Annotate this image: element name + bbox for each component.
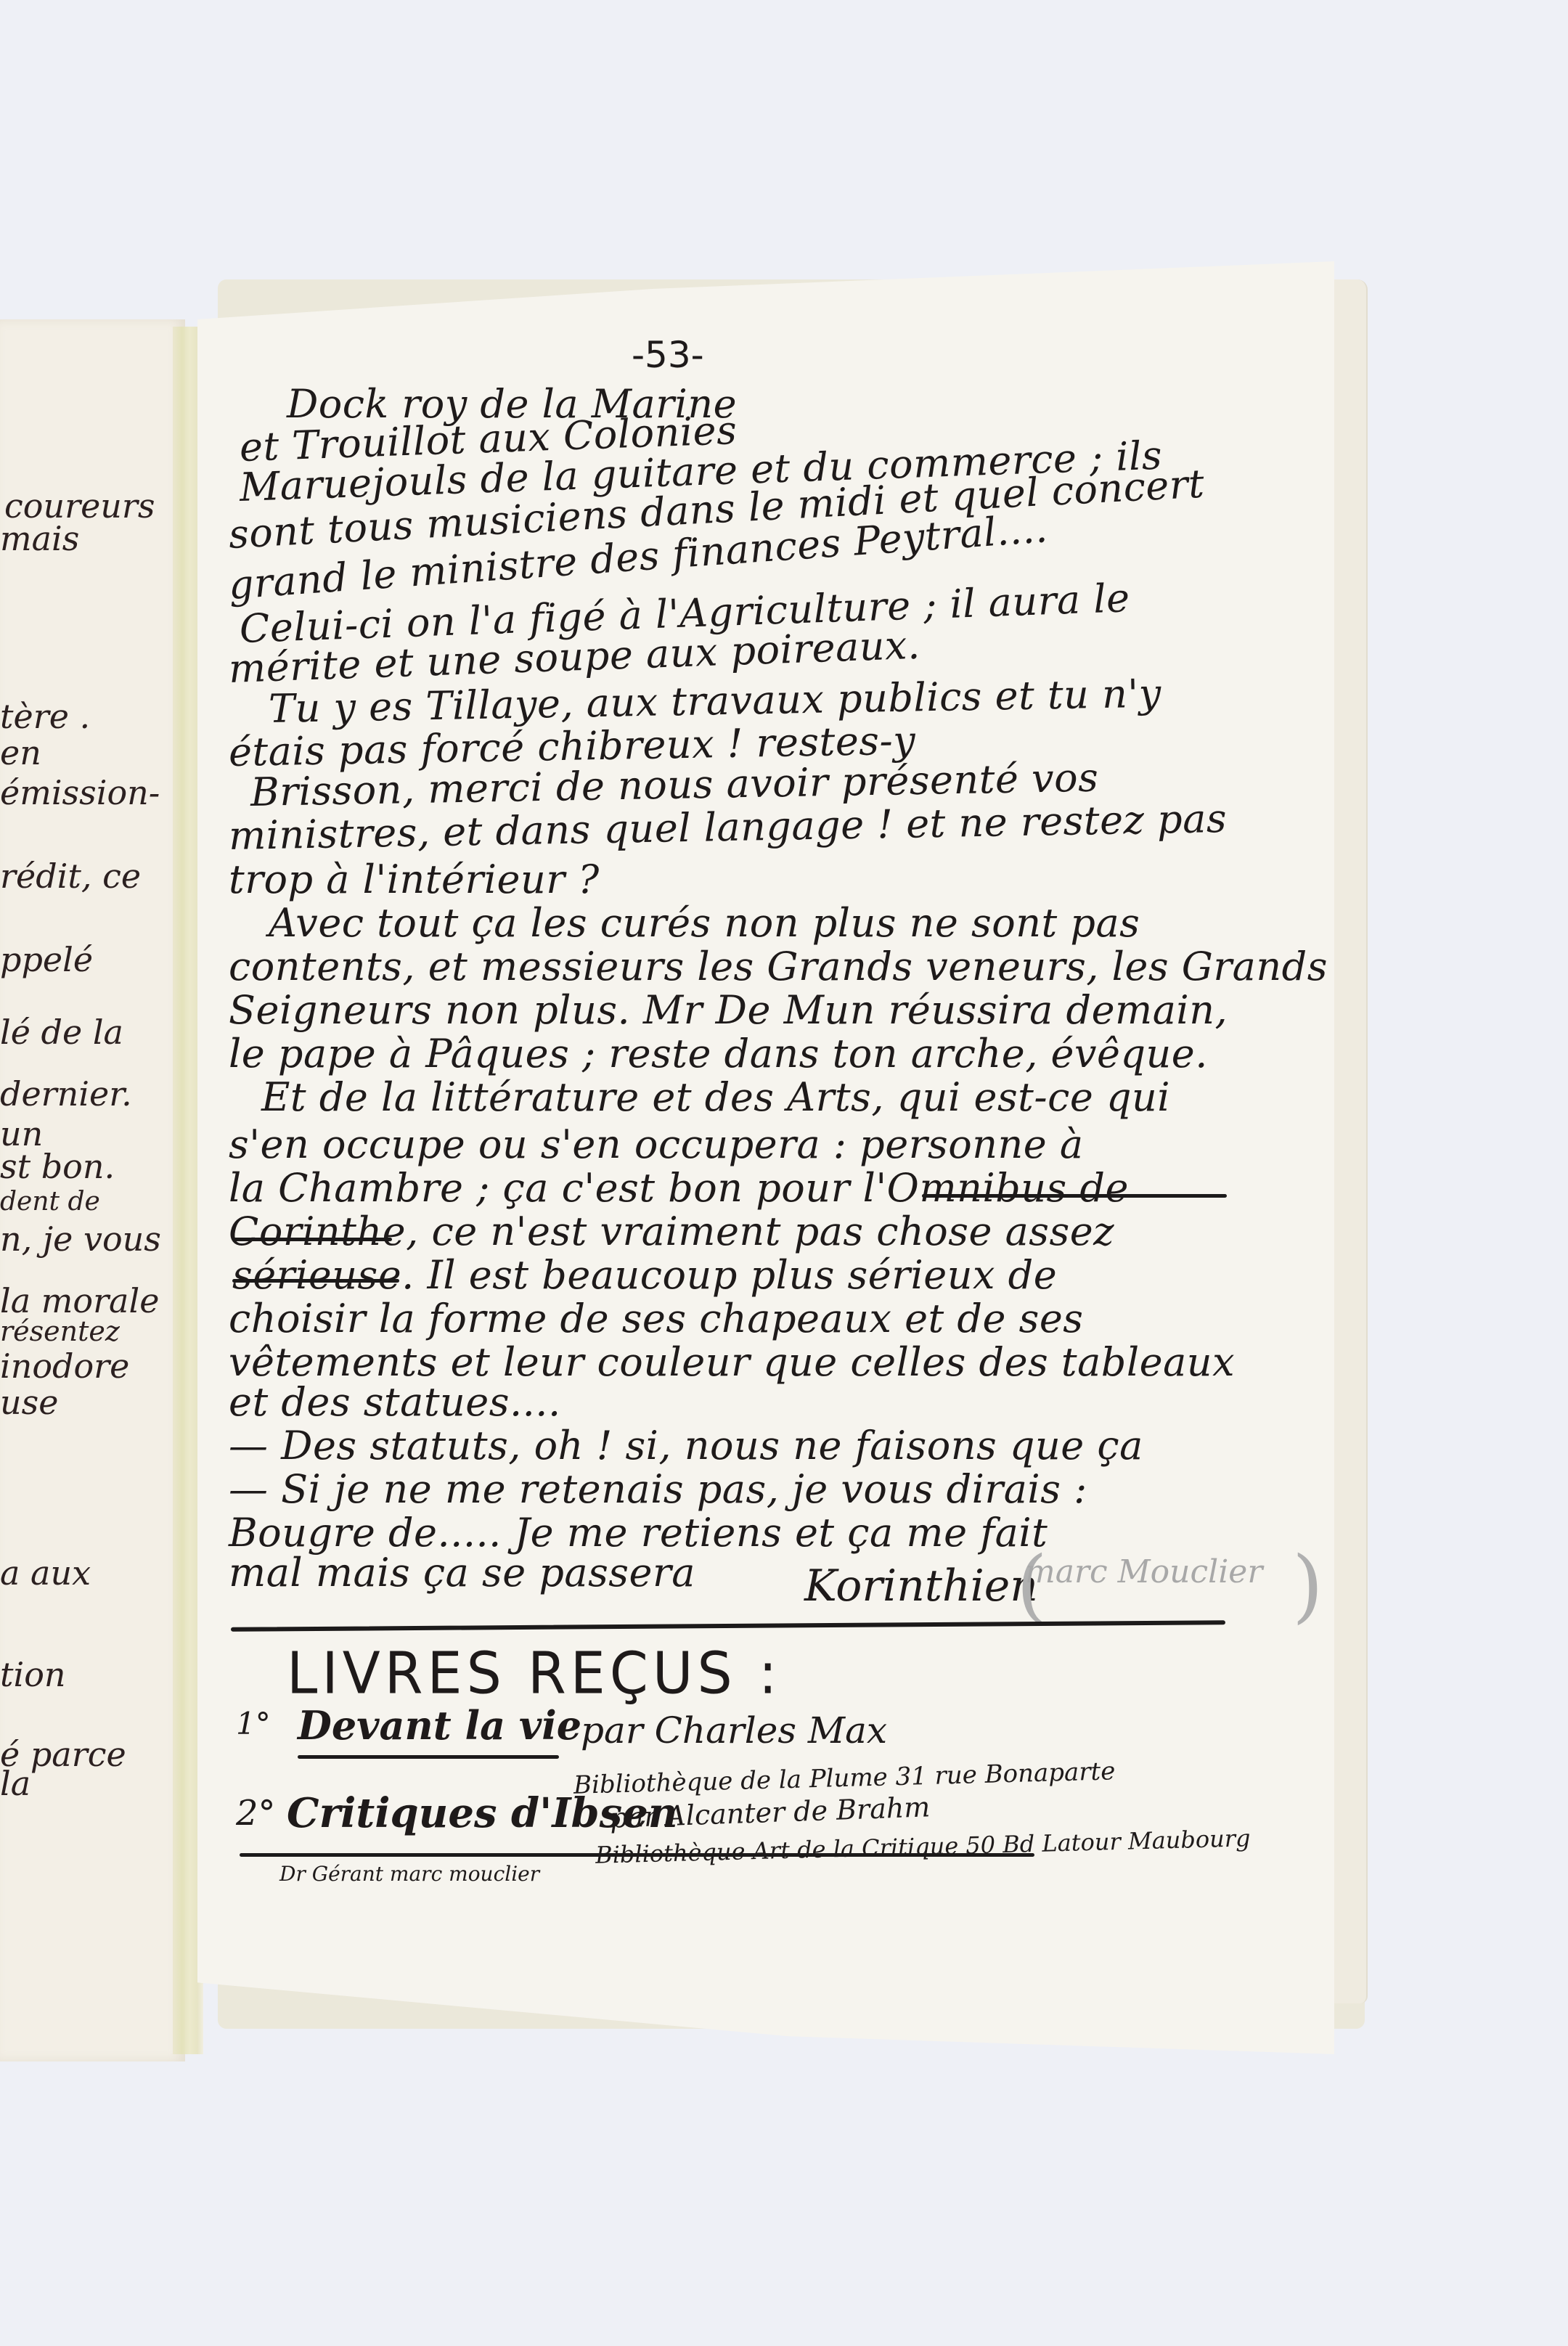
left-fragment: inodore — [0, 1346, 129, 1386]
book-title: Devant la vie — [298, 1702, 581, 1749]
item-number: 2° — [236, 1793, 276, 1834]
text-line: Seigneurs non plus. Mr De Mun réussira d… — [229, 987, 1228, 1033]
text-line: mal mais ça se passera — [229, 1550, 695, 1595]
text-line: vêtements et leur couleur que celles des… — [229, 1339, 1235, 1385]
left-fragment: a aux — [0, 1553, 91, 1593]
left-fragment: en — [0, 733, 41, 772]
underline — [232, 1279, 399, 1283]
left-fragment: tion — [0, 1655, 66, 1694]
left-fragment: tère . — [0, 697, 90, 736]
text-line: sérieuse. Il est beaucoup plus sérieux d… — [232, 1252, 1057, 1298]
left-fragment: la — [0, 1764, 30, 1803]
left-fragment: lé de la — [0, 1013, 123, 1052]
left-fragment: dent de — [0, 1187, 100, 1217]
left-fragment: mais — [0, 519, 79, 558]
pencil-paren-close: ) — [1292, 1539, 1323, 1632]
text-line: — Si je ne me retenais pas, je vous dira… — [229, 1466, 1087, 1512]
text-line: Avec tout ça les curés non plus ne sont … — [269, 900, 1140, 946]
signature: Korinthien — [804, 1561, 1038, 1611]
left-fragment: la morale — [0, 1281, 159, 1320]
page-number: -53- — [632, 334, 704, 376]
title-underline — [298, 1755, 559, 1759]
left-fragment: n, je vous — [0, 1219, 161, 1259]
text-line: contents, et messieurs les Grands veneur… — [229, 944, 1328, 989]
text-line: s'en occupe ou s'en occupera : personne … — [229, 1121, 1084, 1167]
text-line: Bougre de..... Je me retiens et ça me fa… — [229, 1510, 1048, 1556]
underline — [232, 1238, 392, 1241]
left-fragment: use — [0, 1383, 58, 1422]
pencil-annotation: marc Mouclier — [1025, 1553, 1262, 1590]
left-fragment: émission- — [0, 773, 160, 812]
section-divider — [240, 1853, 1034, 1857]
item-number: 1° — [236, 1706, 271, 1741]
text-line: la Chambre ; ça c'est bon pour l'Omnibus… — [229, 1165, 1129, 1211]
left-fragment: st bon. — [0, 1147, 115, 1186]
underline — [922, 1194, 1227, 1198]
books-received-heading: LIVRES REÇUS : — [287, 1639, 782, 1707]
text-line: Corinthe, ce n'est vraiment pas chose as… — [229, 1209, 1114, 1254]
left-page: coureurs mais tère . en émission- rédit,… — [0, 319, 185, 2061]
text-line: et des statues.... — [229, 1379, 561, 1425]
left-fragment: ppelé — [0, 940, 93, 979]
book-cover-edge — [1334, 279, 1368, 2003]
left-fragment: résentez — [0, 1315, 120, 1347]
left-fragment: dernier. — [0, 1074, 132, 1113]
text-line: choisir la forme de ses chapeaux et de s… — [229, 1296, 1084, 1341]
text-line: Et de la littérature et des Arts, qui es… — [261, 1074, 1170, 1120]
gerant-line: Dr Gérant marc mouclier — [279, 1862, 539, 1886]
text-line: — Des statuts, oh ! si, nous ne faisons … — [229, 1423, 1143, 1468]
text-line: le pape à Pâques ; reste dans ton arche,… — [229, 1031, 1208, 1076]
book-author: par Charles Max — [581, 1709, 887, 1752]
text-line: trop à l'intérieur ? — [229, 857, 600, 902]
left-fragment: rédit, ce — [0, 857, 141, 896]
